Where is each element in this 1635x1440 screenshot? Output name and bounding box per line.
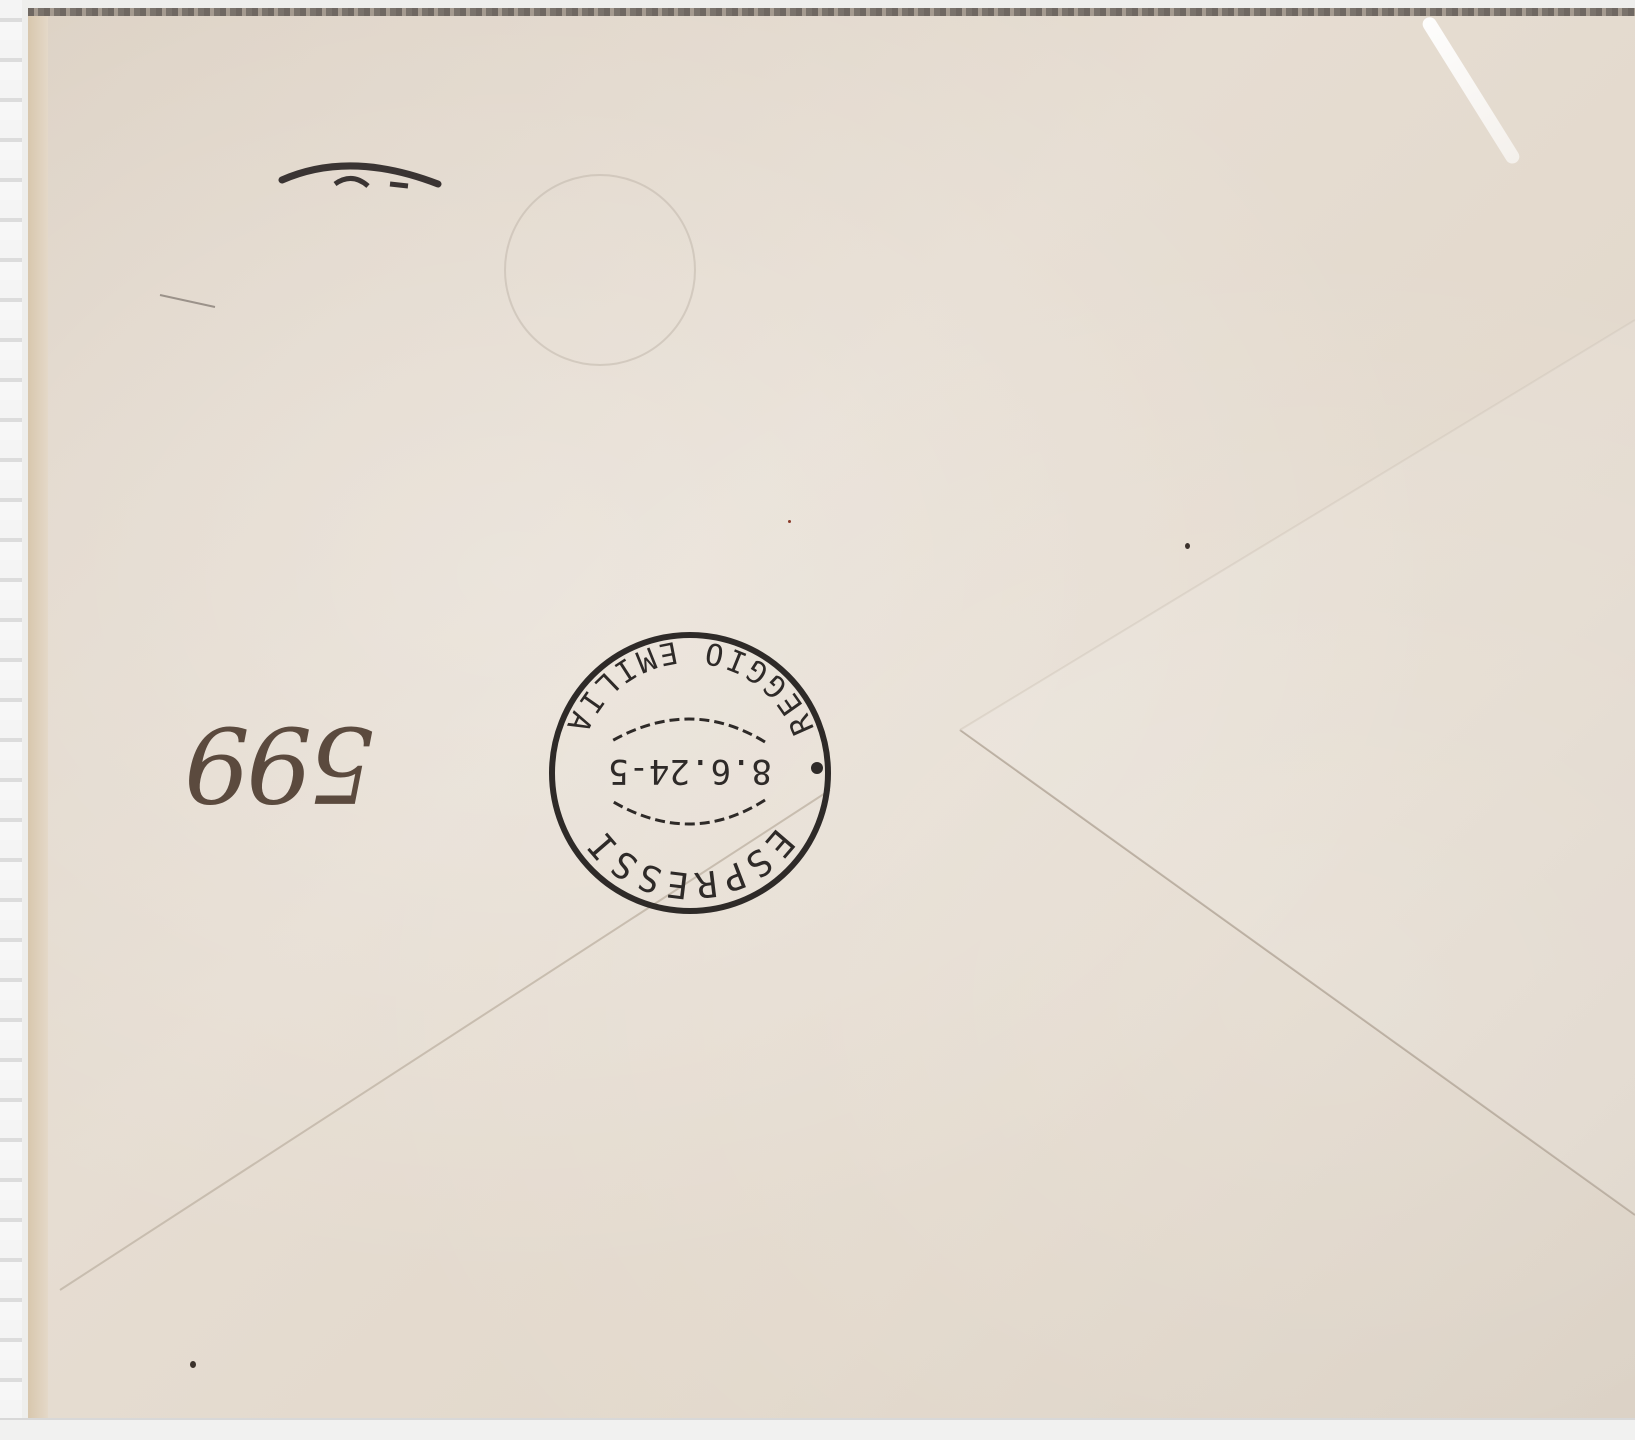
flap-shade <box>960 320 1635 1215</box>
postmark-date: 8.6.24-5 <box>608 751 772 791</box>
ink-dash <box>390 184 408 186</box>
ink-spot <box>1185 543 1190 549</box>
postmark-circle: ESPRESSI REGGIO EMILIA 8.6.24-5 <box>545 628 835 918</box>
postmark: ESPRESSI REGGIO EMILIA 8.6.24-5 <box>545 628 835 918</box>
postmark-bottom-text: REGGIO EMILIA <box>558 633 821 740</box>
faint-mark <box>160 295 215 307</box>
rust-spot <box>788 520 791 523</box>
plastic-sleeve-bottom-edge <box>0 1418 1635 1440</box>
handwritten-number: 599 <box>188 712 375 816</box>
postmark-top-text: ESPRESSI <box>578 821 802 905</box>
ink-spot <box>190 1361 196 1368</box>
ink-arc-mark-inner <box>335 178 368 186</box>
ghost-postmark <box>505 175 695 365</box>
